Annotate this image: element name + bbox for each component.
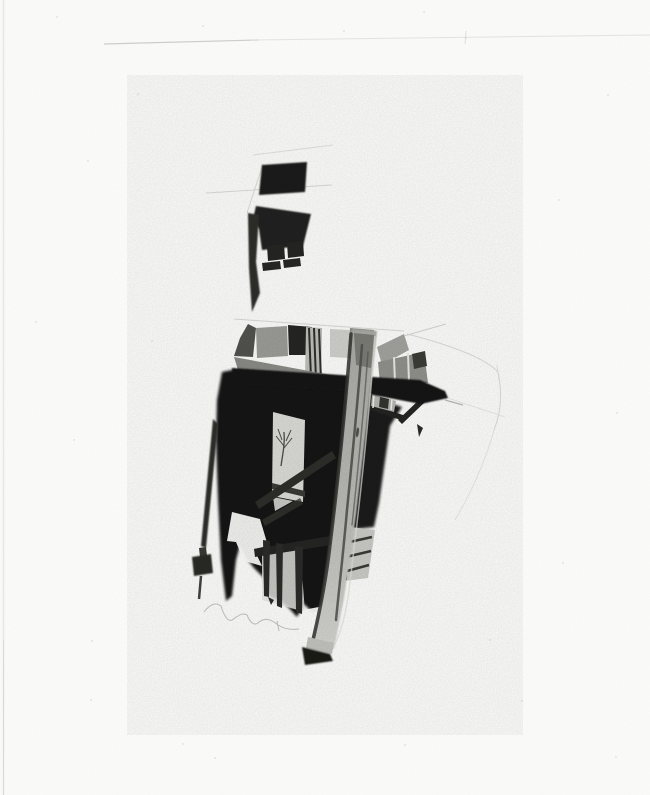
artwork-svg bbox=[0, 0, 650, 795]
paper-sheet bbox=[0, 0, 650, 795]
grain-overlay-paper bbox=[0, 0, 650, 795]
